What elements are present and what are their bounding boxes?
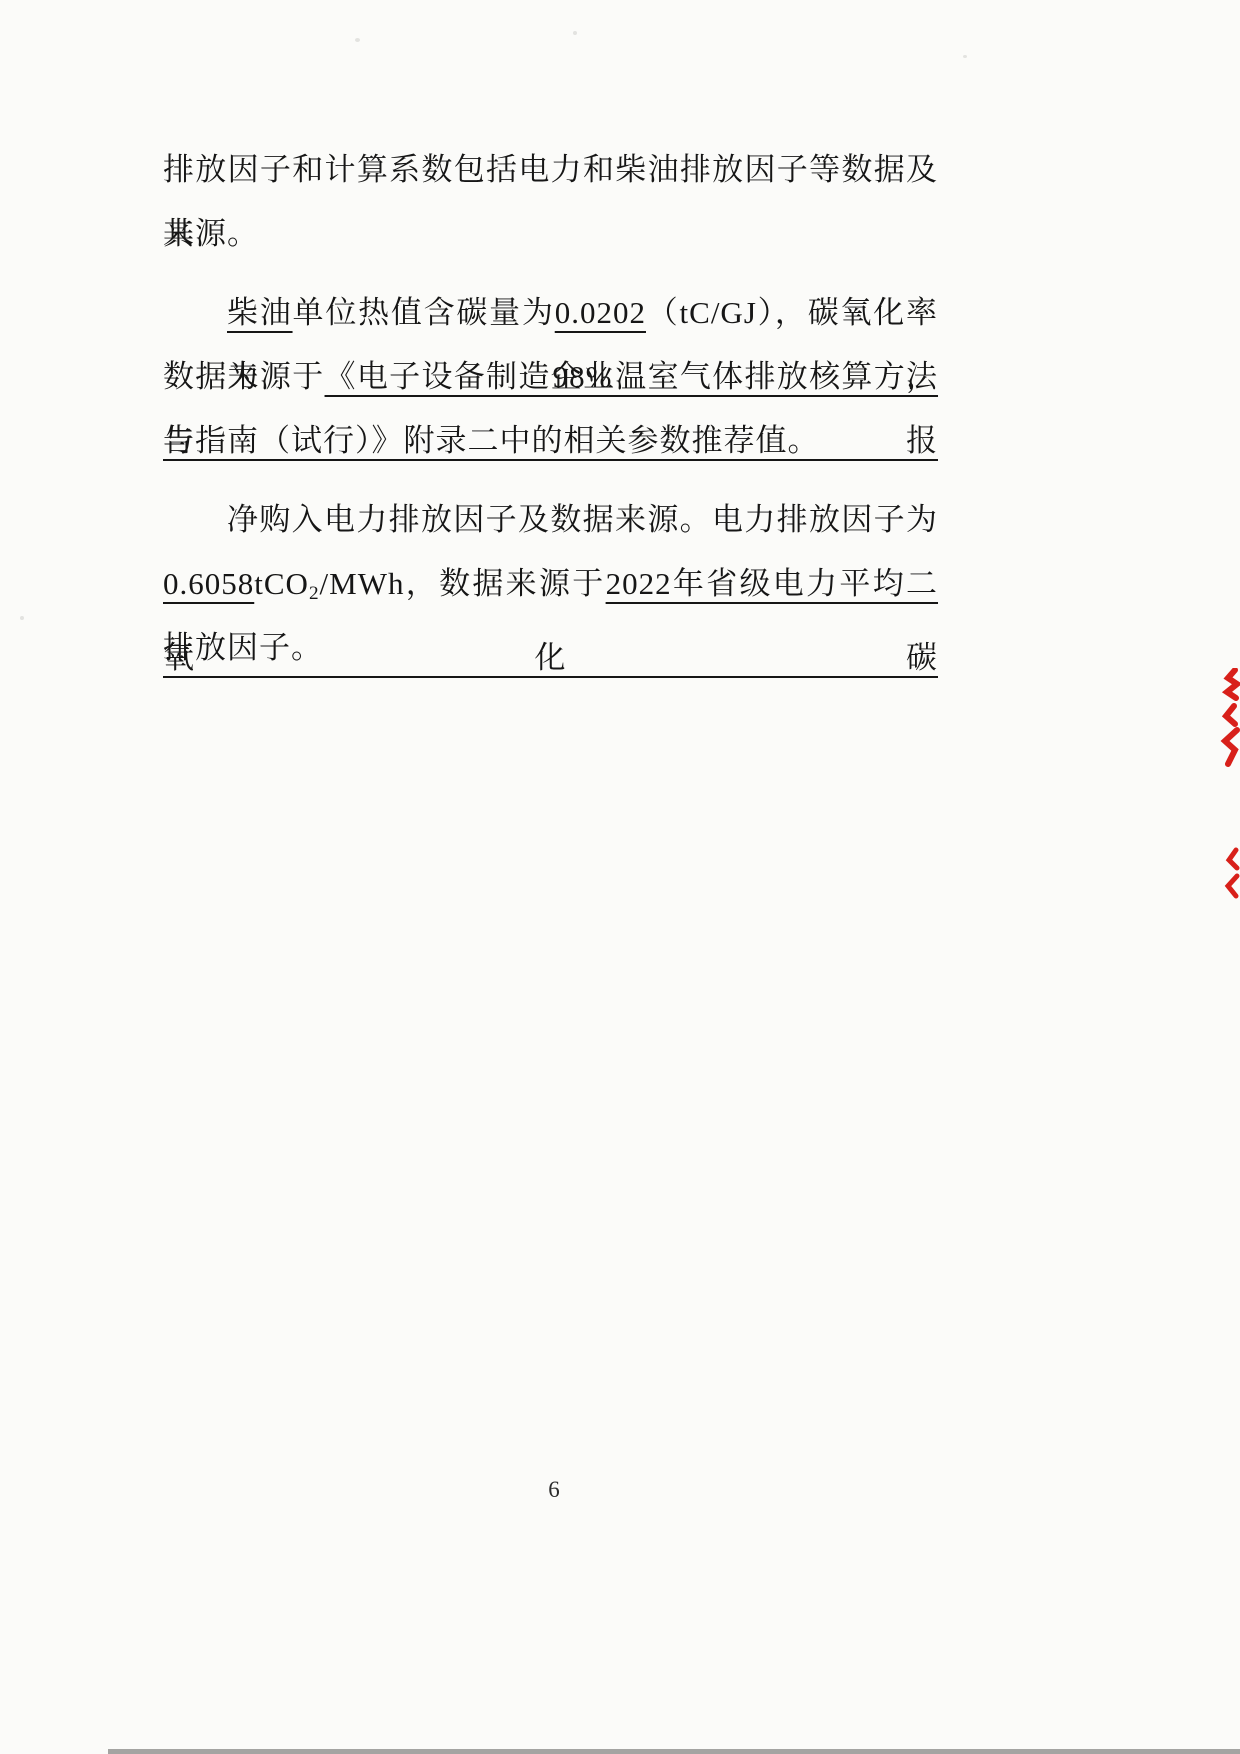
red-stamp-fragment-lower — [1222, 846, 1240, 902]
text-line: 排放因子和计算系数包括电力和柴油排放因子等数据及其 — [163, 138, 938, 202]
red-stamp-fragment-upper — [1218, 668, 1240, 768]
text-line: 数据来源于《电子设备制造企业温室气体排放核算方法与报 — [163, 345, 938, 409]
text-segment: 净购入电力排放因子及数据来源。电力排放因子为 — [227, 502, 938, 537]
text-line: 柴油单位热值含碳量为0.0202（tC/GJ），碳氧化率为98%， — [163, 281, 938, 345]
page-number: 6 — [536, 1476, 572, 1504]
text-segment: tCO — [254, 566, 309, 601]
paragraph: 排放因子和计算系数包括电力和柴油排放因子等数据及其来源。 — [163, 138, 938, 266]
text-segment: 来源。 — [163, 216, 259, 251]
scan-noise-speck — [20, 616, 24, 620]
paragraph: 柴油单位热值含碳量为0.0202（tC/GJ），碳氧化率为98%，数据来源于《电… — [163, 281, 938, 473]
scan-noise-speck — [573, 31, 577, 35]
text-line: 净购入电力排放因子及数据来源。电力排放因子为 — [163, 488, 938, 552]
underlined-text-segment: 告指南（试行）》附录二中的相关参数推荐值 — [163, 423, 788, 458]
document-text-block: 排放因子和计算系数包括电力和柴油排放因子等数据及其来源。柴油单位热值含碳量为0.… — [163, 138, 938, 695]
text-segment: 2 — [309, 566, 320, 601]
text-line: 0.6058tCO2/MWh，数据来源于2022年省级电力平均二氧化碳 — [163, 552, 938, 616]
scan-noise-speck — [355, 38, 360, 42]
underlined-text-segment: 0.0202 — [555, 295, 646, 330]
underlined-text-segment: 0.6058 — [163, 566, 254, 601]
text-segment: 单位热值含碳量为 — [293, 295, 555, 330]
text-segment: 。 — [788, 423, 820, 458]
text-segment: 排放因子。 — [163, 630, 323, 665]
text-segment: /MWh，数据来源于 — [320, 566, 606, 601]
scan-noise-speck — [963, 55, 967, 58]
paragraph: 净购入电力排放因子及数据来源。电力排放因子为0.6058tCO2/MWh，数据来… — [163, 488, 938, 680]
text-segment: 数据来源于 — [163, 359, 325, 394]
scanned-document-page: 排放因子和计算系数包括电力和柴油排放因子等数据及其来源。柴油单位热值含碳量为0.… — [0, 0, 1240, 1754]
underlined-text-segment: 柴油 — [227, 295, 293, 330]
text-line: 来源。 — [163, 202, 938, 266]
scan-edge-artifact — [108, 1749, 1240, 1754]
